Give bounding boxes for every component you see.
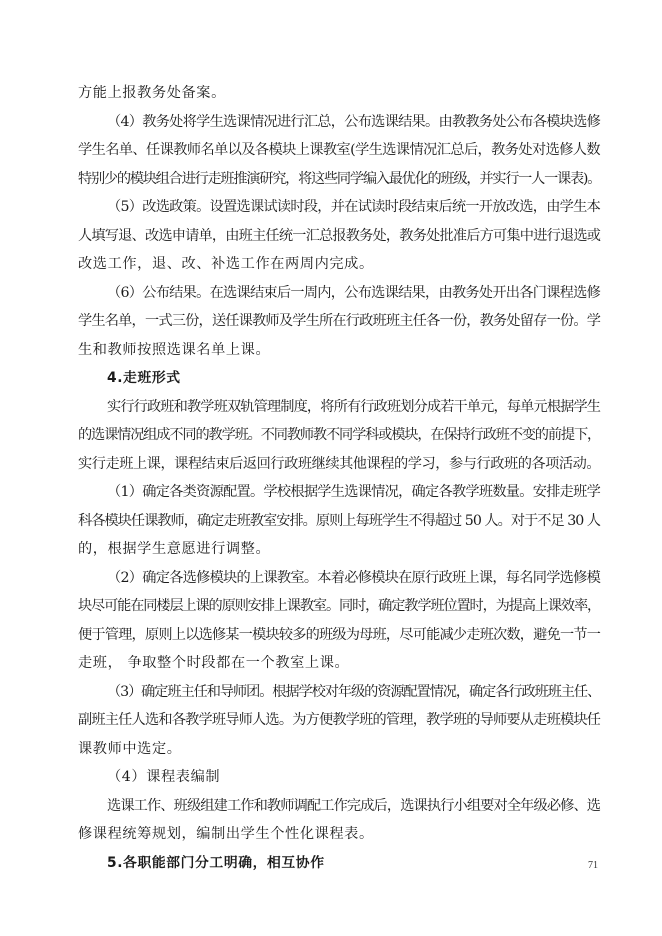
text-line: 科各模块任课教师，确定走班教室安排。原则上每班学生不得超过 50 人。对于不足 … xyxy=(78,507,600,536)
text-line: 的选课情况组成不同的教学班。不同教师教不同学科或模块，在保持行政班不变的前提下， xyxy=(78,421,600,450)
text-line: 实行走班上课，课程结束后返回行政班继续其他课程的学习，参与行政班的各项活动。 xyxy=(78,450,600,479)
text-line: （3）确定班主任和导师团。根据学校对年级的资源配置情况，确定各行政班班主任、 xyxy=(78,678,600,707)
text-line: 选课工作、班级组建工作和教师调配工作完成后，选课执行小组要对全年级必修、选 xyxy=(78,792,600,821)
text-line: （5）改选政策。设置选课试读时段，并在试读时段结束后统一开放改选，由学生本 xyxy=(78,193,600,222)
text-line: 实行行政班和教学班双轨管理制度，将所有行政班划分成若干单元，每单元根据学生 xyxy=(78,393,600,422)
document-page: 方能上报教务处备案。（4）教务处将学生选课情况进行汇总，公布选课结果。由教教务处… xyxy=(78,79,600,877)
text-line: 方能上报教务处备案。 xyxy=(78,79,600,108)
text-line: （4）课程表编制 xyxy=(78,763,600,792)
text-line: 的，根据学生意愿进行调整。 xyxy=(78,535,600,564)
text-line: （2）确定各选修模块的上课教室。本着必修模块在原行政班上课，每名同学选修模 xyxy=(78,564,600,593)
text-line: （1）确定各类资源配置。学校根据学生选课情况，确定各教学班数量。安排走班学 xyxy=(78,478,600,507)
text-line: 改选工作，退、改、补选工作在两周内完成。 xyxy=(78,250,600,279)
text-line: 人填写退、改选申请单，由班主任统一汇总报教务处，教务处批准后方可集中进行退选或 xyxy=(78,222,600,251)
text-line: 修课程统筹规划，编制出学生个性化课程表。 xyxy=(78,820,600,849)
text-line: （4）教务处将学生选课情况进行汇总，公布选课结果。由教教务处公布各模块选修 xyxy=(78,108,600,137)
text-line: 块尽可能在同楼层上课的原则安排上课教室。同时，确定教学班位置时，为提高上课效率， xyxy=(78,592,600,621)
text-line: 学生名单，一式三份，送任课教师及学生所在行政班班主任各一份，教务处留存一份。学 xyxy=(78,307,600,336)
text-line: （6）公布结果。在选课结束后一周内，公布选课结果，由教务处开出各门课程选修 xyxy=(78,279,600,308)
section-heading: 4.走班形式 xyxy=(78,364,600,393)
page-number: 71 xyxy=(588,860,598,871)
text-line: 副班主任人选和各教学班导师人选。为方便教学班的管理，教学班的导师要从走班模块任 xyxy=(78,706,600,735)
text-line: 走班， 争取整个时段都在一个教室上课。 xyxy=(78,649,600,678)
text-line: 便于管理，原则上以选修某一模块较多的班级为母班，尽可能减少走班次数，避免一节一 xyxy=(78,621,600,650)
text-line: 学生名单、任课教师名单以及各模块上课教室(学生选课情况汇总后，教务处对选修人数 xyxy=(78,136,600,165)
text-line: 特别少的模块组合进行走班推演研究，将这些同学编入最优化的班级，并实行一人一课表)… xyxy=(78,165,600,194)
text-line: 生和教师按照选课名单上课。 xyxy=(78,336,600,365)
text-line: 课教师中选定。 xyxy=(78,735,600,764)
section-heading: 5.各职能部门分工明确，相互协作 xyxy=(78,849,600,878)
